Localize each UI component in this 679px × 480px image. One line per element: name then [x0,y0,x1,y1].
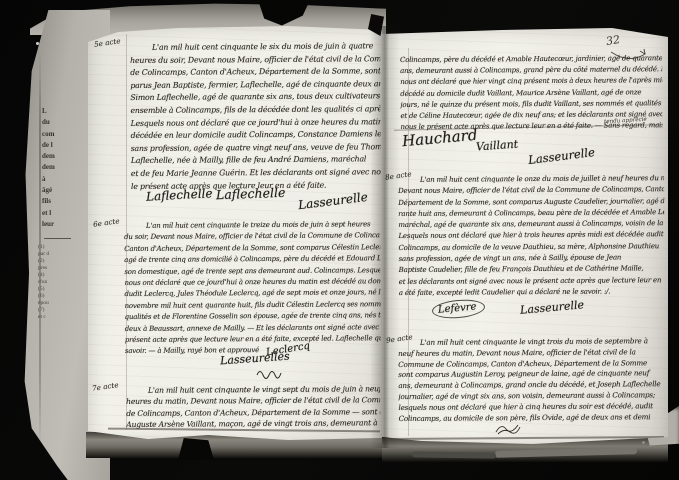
footnote-fragment: (5) [38,286,84,293]
printed-fragment: dem [42,162,86,173]
small-mark [642,441,645,444]
footnote-fragment: d'un [38,279,84,286]
footnote-fragment: par d [38,251,84,258]
signature: Laflechelle [146,186,213,203]
footnote-fragment: pres [38,265,84,272]
printed-fragment: du [42,117,86,128]
act-5-text: L'an mil huit cent cinquante le six du m… [130,40,381,193]
printed-fragment-column: L du com de l dem dem à âgé fils et l le… [42,106,86,230]
footnote-fragment: (1) [38,244,84,251]
act-6-margin-label: 6e acte [93,216,121,229]
page-number: 32 [605,33,621,48]
signature: Laflechelle [216,185,286,202]
act-6-text: L'an mil huit cent cinquante le treize d… [124,219,381,357]
act-9-text: L'an mil huit cent cinquante le vingt tr… [398,336,663,424]
paraph-flourish [494,422,522,436]
scanned-register-spread: L du com de l dem dem à âgé fils et l le… [0,0,679,480]
printed-fragment: fils [42,196,86,207]
handwriting-line: et les déclarants ont signé avec nous le… [399,275,665,288]
signature: Lasseurelle [297,190,368,212]
dust-speck [36,42,39,45]
handwriting-line: a été faite, excepté ledit Caudelier qui… [399,286,665,299]
footnote-fragment: (7) [38,307,84,314]
printed-fragment: et l [42,208,86,219]
handwriting-line: Colincamps, au domicile de son père, fil… [399,412,663,425]
act-7-margin-label: 7e acte [92,380,120,393]
act-8-text: L'an mil huit cent cinquante le onze du … [398,173,665,299]
paraph-flourish [256,367,282,379]
printed-fragment: âgé [42,185,86,196]
printed-fragment: dem [42,151,86,162]
page-bottom-edge-line [386,436,664,439]
footnote-fragment: et c [38,314,84,321]
footnote-fragment-column: (1) par d (2) pres (4) d'un (5) (6) épou… [38,244,84,321]
footnote-fragment: (4) [38,272,84,279]
handwriting-line: présent acte après que lecture leur en a… [125,333,381,346]
handwriting-line: L'an mil huit cent cinquante le six du m… [130,40,380,54]
footnote-fragment: (2) [38,258,84,265]
signature-circled: Lefèvre [431,298,485,321]
printed-fragment: de l [42,140,86,151]
left-page: 5e acte L'an mil huit cent cinquante le … [88,26,382,444]
footnote-fragment: épou [38,300,84,307]
handwriting-line: et de feu Marie Jeanne Guérin. Et les dé… [131,166,381,180]
printed-fragment: com [42,129,86,140]
act-7-text: L'an mil huit cent cinquante le vingt se… [126,383,380,430]
signature: Lasseurelle [520,298,585,317]
printed-fragment: à [42,174,86,185]
right-page: 32 Colincamps, père du décédé et Amable … [382,28,668,448]
handwriting-line: Colincamps, au domicile de la veuve Daut… [398,241,664,254]
book-gutter-shadow [370,26,400,448]
footnote-fragment: (6) [38,293,84,300]
footnote-separator-rule [44,238,71,239]
handwriting-line: Auguste Arsène Vaillant, maçon, agé de v… [126,417,380,430]
handwriting-line: ensemble à Colincamps, fils de la décédé… [130,103,380,117]
signature: Lasseurelle [527,145,595,167]
signature: Vaillant [476,138,519,154]
printed-fragment: leur [42,219,86,230]
printed-fragment: L [42,106,86,117]
